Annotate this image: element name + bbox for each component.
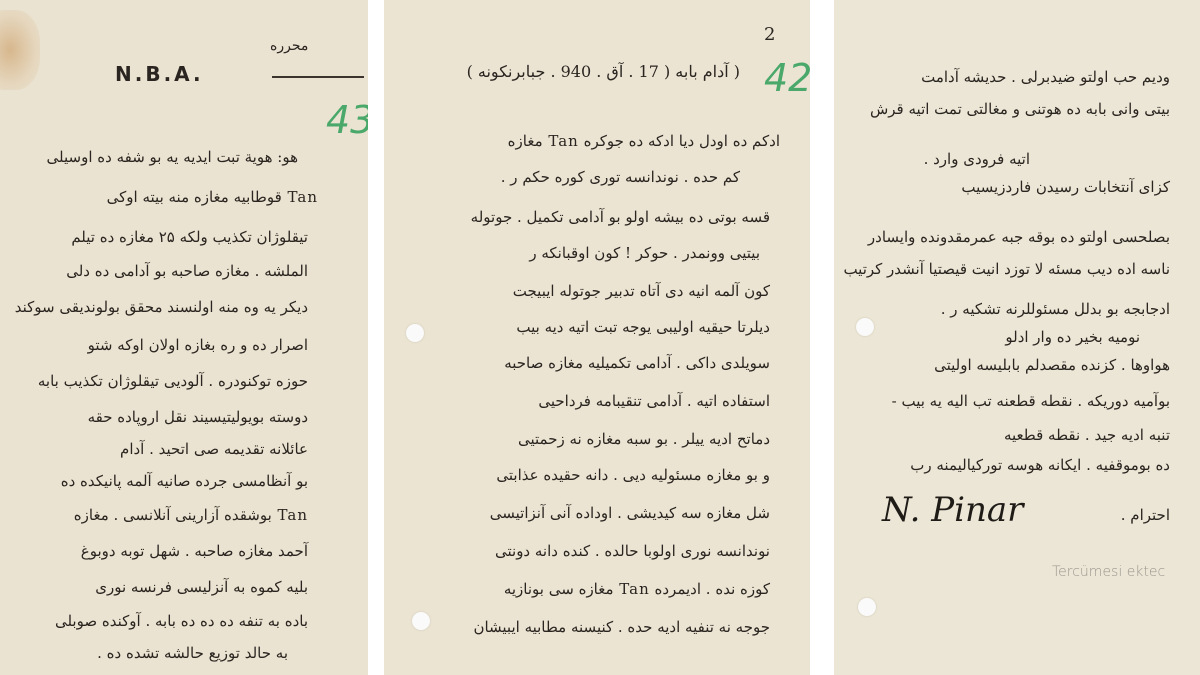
handwritten-line: حوزه توکنودره . آلودیی تیقلوژان تکذیب با…: [38, 372, 308, 390]
handwritten-line: اصرار ده و ره بغازه اولان اوکه شتو: [88, 336, 308, 354]
handwritten-line: ادکم ده اودل دیا ادکه ده جوکره Tan مغازه: [508, 132, 780, 150]
handwritten-line: کم حده . نوندانسه توری کوره حکم ر .: [501, 168, 740, 186]
paper-stain: [0, 10, 40, 90]
handwritten-line: دیکر یه وه منه اولنسند محقق بولوندیقی سو…: [15, 298, 308, 316]
handwritten-line: شل مغازه سه کیدیشی . اوداده آنی آنزاتیسی: [490, 504, 770, 522]
handwritten-line: Tan بوشقده آزارینی آنلانسی . مغازه: [74, 506, 308, 524]
handwritten-line: و بو مغازه مسئولیه دیی . دانه حقیده عذاب…: [496, 466, 770, 484]
handwritten-line: جوجه نه تنفیه ادیه حده . کنیسنه مطابیه ا…: [473, 618, 770, 636]
handwritten-line: کون آلمه انیه دی آتاه تدبیر جوتوله ایبیج…: [513, 282, 770, 300]
handwritten-line: بو آنظامسی جرده صانیه آلمه پانیکده ده: [61, 472, 308, 490]
handwritten-line: اتیه فرودی وارد .: [924, 150, 1030, 168]
handwritten-line: سویلدی داکی . آدامی تکمیلیه مغازه صاحبه: [504, 354, 770, 372]
handwritten-line: الملشه . مغازه صاحبه بو آدامی ده دلی: [66, 262, 308, 280]
handwritten-line: آحمد مغازه صاحبه . شهل توبه دوبوغ: [81, 542, 308, 560]
handwritten-line: ده بوموقفیه . ایکانه هوسه تورکیالیمنه رب: [910, 456, 1170, 474]
letter-page-3: ودیم حب اولتو ضیدبرلی . حدیشه آدامت بیتی…: [834, 0, 1200, 675]
handwritten-line: دماتح ادیه ییلر . بو سبه مغازه نه زحمتیی: [518, 430, 770, 448]
punch-hole: [856, 318, 874, 336]
handwritten-line: دوسته بویولیتیسیند نقل اروپاده حقه: [88, 408, 308, 426]
top-right-note: محرره: [270, 38, 308, 54]
handwritten-line: بوآمیه دوریکه . نقطه قطعنه تب الیه یه بی…: [892, 392, 1170, 410]
handwritten-line: استفاده اتیه . آدامی تنقیبامه فرداحیی: [538, 392, 770, 410]
signature: N. Pinar: [882, 490, 1023, 530]
handwritten-line: بلیه کموه به آنزلیسی فرنسه نوری: [95, 578, 308, 596]
punch-hole: [412, 612, 430, 630]
date-line: ( آدام بابه ( 17 . آق . 940 . جبابرنکونه…: [467, 62, 740, 81]
handwritten-line: بیتیی وونمدر . حوکر ! کون اوقبانکه ر: [529, 244, 760, 262]
handwritten-line: بصلحسی اولتو ده بوقه جبه عمرمقدونده وایس…: [868, 228, 1170, 246]
handwritten-line: هو: هویة تبت ایدیه یه بو شفه ده اوسیلی: [47, 148, 298, 166]
handwritten-line: بیتی وانی بابه ده هوتنی و مغالتی تمت اتی…: [870, 100, 1170, 118]
handwritten-line: عائلانه تقدیمه صی اتحید . آدام: [120, 440, 308, 458]
handwritten-line: ناسه اده دیب مسئه لا توزد انیت قیصتیا آن…: [843, 260, 1170, 278]
letter-page-2: 2 42 ( آدام بابه ( 17 . آق . 940 . جبابر…: [384, 0, 810, 675]
handwritten-line: تنبه ادیه جید . نقطه قطعیه: [1004, 426, 1170, 444]
handwritten-line: کزای آنتخابات رسیدن فاردزیسیب: [961, 178, 1170, 196]
handwritten-line: کوزه نده . ادیمرده Tan مغازه سی بونازیه: [504, 580, 770, 598]
handwritten-line: هواوها . کزنده مقصدلم بابلیسه اولیتی: [934, 356, 1170, 374]
handwritten-line: احترام .: [1121, 506, 1170, 524]
handwritten-line: نومیه بخیر ده وار ادلو: [1005, 328, 1140, 346]
handwritten-line: ادجابجه بو بدلل مسئوللرنه تشکیه ر .: [941, 300, 1170, 318]
letter-page-1: N.B.A. محرره 43 هو: هویة تبت ایدیه یه بو…: [0, 0, 368, 675]
page-marker: 2: [764, 24, 775, 45]
handwritten-line: نوندانسه نوری اولوبا حالده . کنده دانه د…: [495, 542, 770, 560]
handwritten-line: قسه بوتی ده بیشه اولو بو آدامی تکمیل . ج…: [471, 208, 770, 226]
handwritten-line: تیقلوژان تکذیب ولکه ۲۵ مغازه ده تیلم: [71, 228, 308, 246]
punch-hole: [858, 598, 876, 616]
archive-number: 42: [764, 56, 810, 100]
handwritten-line: دیلرتا حیقیه اولیبی یوجه تبت اتیه دیه بی…: [516, 318, 770, 336]
page-header-mark: N.B.A.: [115, 62, 204, 86]
handwritten-line: Tan قوطابیه مغازه منه بیته اوکی: [107, 188, 318, 206]
pencil-note: Tercümesi ektec: [1052, 564, 1165, 580]
archive-number: 43: [326, 98, 368, 142]
handwritten-line: باده به تنفه ده ده ده بابه . آوکنده صوبل…: [55, 612, 308, 630]
punch-hole: [406, 324, 424, 342]
handwritten-line: ودیم حب اولتو ضیدبرلی . حدیشه آدامت: [921, 68, 1170, 86]
handwritten-line: به حالد توزیع حالشه تشده ده .: [97, 644, 288, 662]
underline-rule: [272, 76, 364, 78]
